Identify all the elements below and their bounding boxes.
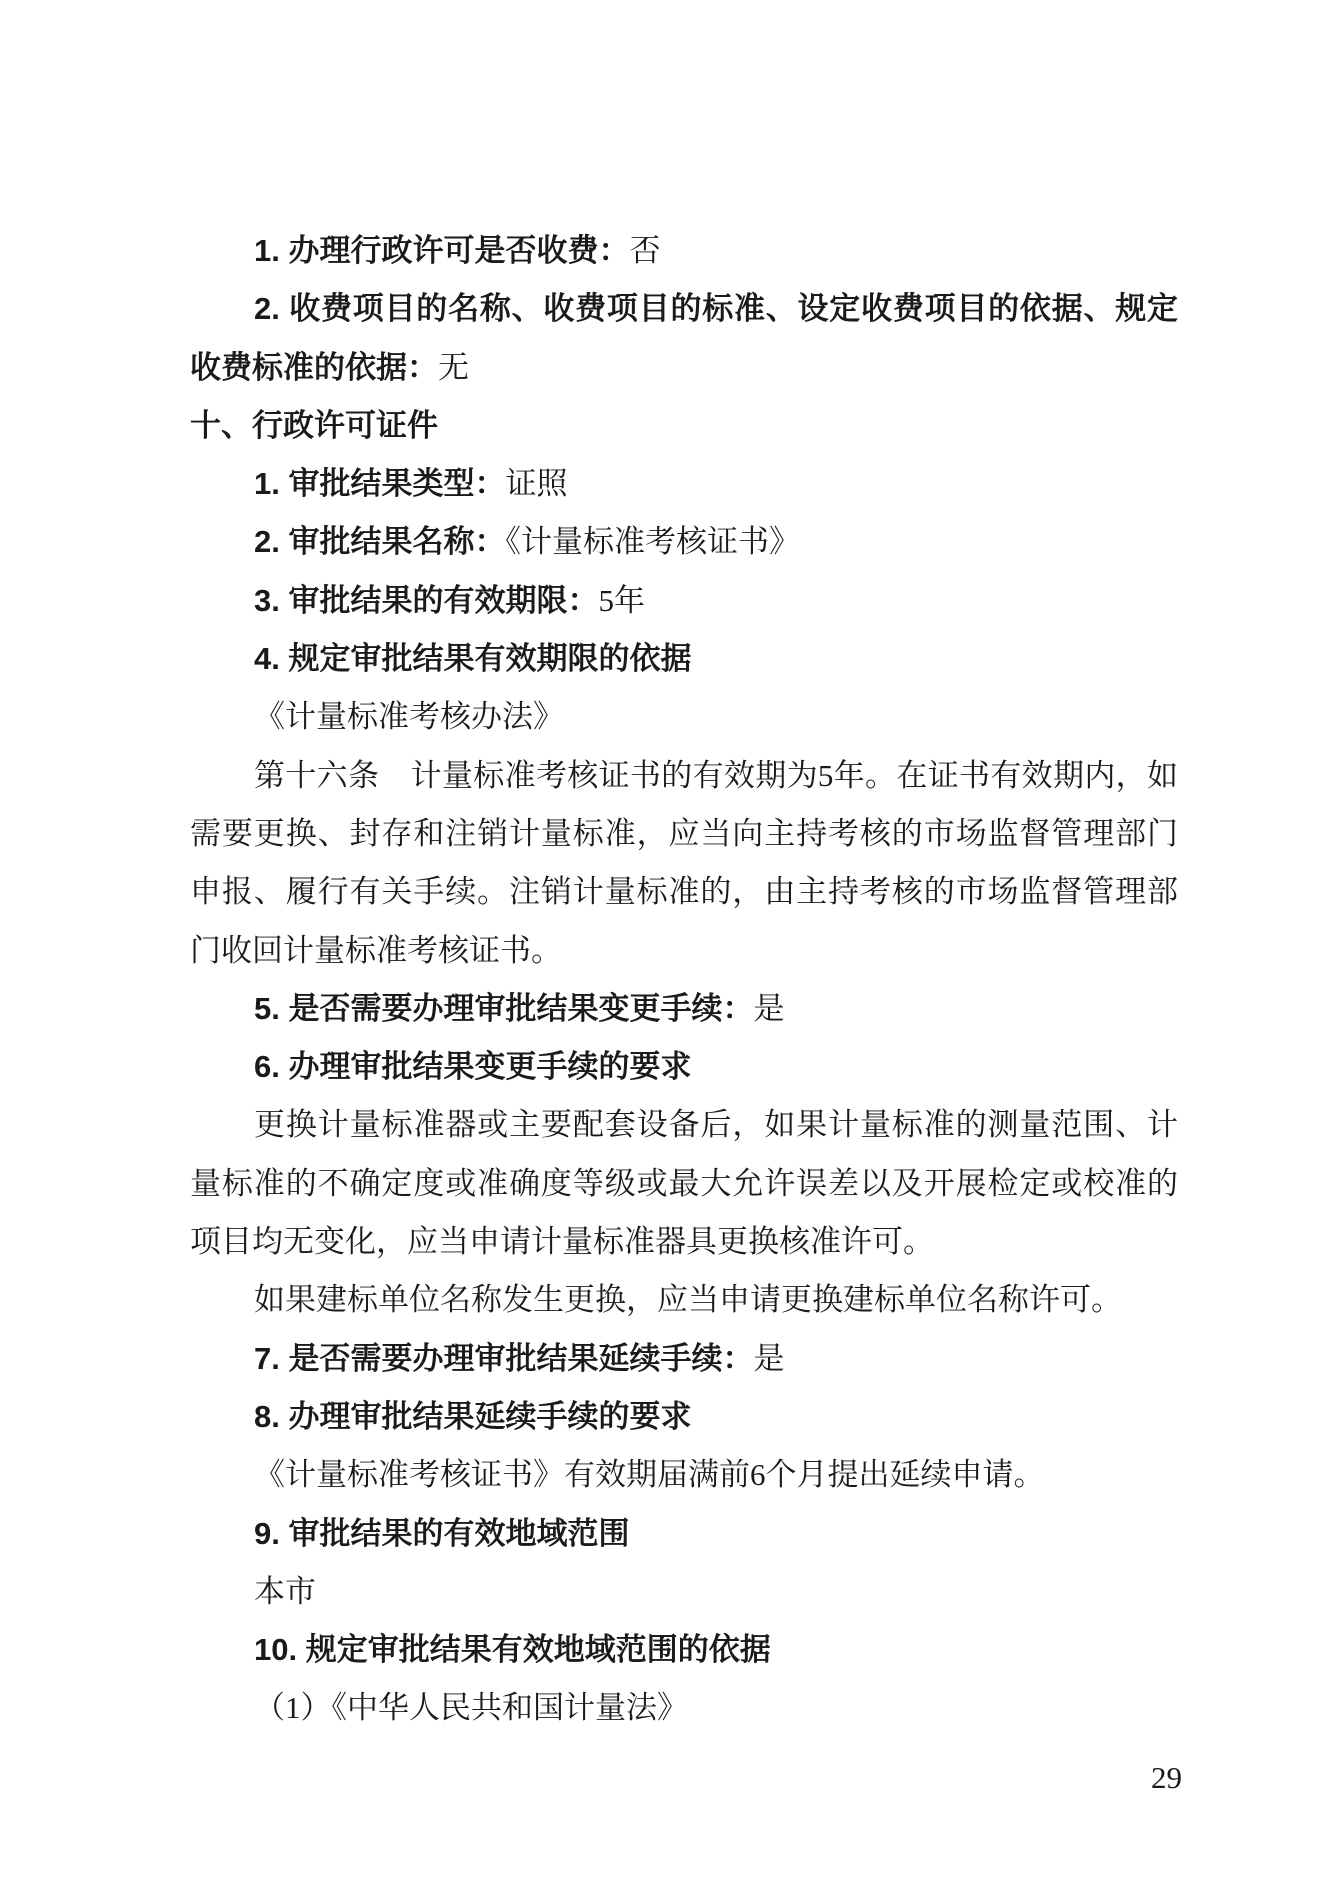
value-text: 第十六条 计量标准考核证书的有效期为5年。在证书有效期内，如需要更换、封存和注销… xyxy=(190,758,1178,968)
label-text: 2. 审批结果名称： xyxy=(254,524,505,559)
label-text: 3. 审批结果的有效期限： xyxy=(254,583,598,618)
label-text: 8. 办理审批结果延续手续的要求 xyxy=(254,1399,691,1434)
value-text: （1）《中华人民共和国计量法》 xyxy=(254,1690,688,1725)
paragraph: 第十六条 计量标准考核证书的有效期为5年。在证书有效期内，如需要更换、封存和注销… xyxy=(190,747,1178,980)
document-page: 1. 办理行政许可是否收费：否2. 收费项目的名称、收费项目的标准、设定收费项目… xyxy=(0,0,1339,1890)
paragraph: 6. 办理审批结果变更手续的要求 xyxy=(190,1038,1178,1096)
label-text: 2. 收费项目的名称、收费项目的标准、设定收费项目的依据、规定收费标准的依据： xyxy=(190,291,1178,384)
paragraph: 8. 办理审批结果延续手续的要求 xyxy=(190,1388,1178,1446)
value-text: 是 xyxy=(753,1341,784,1376)
paragraph: 3. 审批结果的有效期限：5年 xyxy=(190,572,1178,630)
value-text: 无 xyxy=(438,350,469,385)
paragraph: 2. 审批结果名称：《计量标准考核证书》 xyxy=(190,513,1178,571)
value-text: 本市 xyxy=(254,1574,316,1609)
paragraph: 本市 xyxy=(190,1563,1178,1621)
paragraph: 更换计量标准器或主要配套设备后，如果计量标准的测量范围、计量标准的不确定度或准确… xyxy=(190,1096,1178,1271)
value-text: 《计量标准考核办法》 xyxy=(254,699,564,734)
paragraph: 7. 是否需要办理审批结果延续手续：是 xyxy=(190,1330,1178,1388)
label-text: 5. 是否需要办理审批结果变更手续： xyxy=(254,991,753,1026)
paragraph: 如果建标单位名称发生更换，应当申请更换建标单位名称许可。 xyxy=(190,1271,1178,1329)
paragraph: 《计量标准考核证书》有效期届满前6个月提出延续申请。 xyxy=(190,1446,1178,1504)
label-text: 4. 规定审批结果有效期限的依据 xyxy=(254,641,691,676)
document-body: 1. 办理行政许可是否收费：否2. 收费项目的名称、收费项目的标准、设定收费项目… xyxy=(190,222,1178,1738)
value-text: 否 xyxy=(629,233,660,268)
paragraph: 4. 规定审批结果有效期限的依据 xyxy=(190,630,1178,688)
paragraph: 1. 审批结果类型：证照 xyxy=(190,455,1178,513)
value-text: 是 xyxy=(753,991,784,1026)
value-text: 《计量标准考核证书》 xyxy=(505,524,800,559)
value-text: 如果建标单位名称发生更换，应当申请更换建标单位名称许可。 xyxy=(254,1282,1122,1317)
label-text: 9. 审批结果的有效地域范围 xyxy=(254,1516,629,1551)
paragraph: 1. 办理行政许可是否收费：否 xyxy=(190,222,1178,280)
paragraph: 5. 是否需要办理审批结果变更手续：是 xyxy=(190,980,1178,1038)
value-text: 证照 xyxy=(505,466,567,501)
value-text: 更换计量标准器或主要配套设备后，如果计量标准的测量范围、计量标准的不确定度或准确… xyxy=(190,1107,1178,1259)
paragraph: 10. 规定审批结果有效地域范围的依据 xyxy=(190,1621,1178,1679)
paragraph: （1）《中华人民共和国计量法》 xyxy=(190,1679,1178,1737)
label-text: 7. 是否需要办理审批结果延续手续： xyxy=(254,1341,753,1376)
paragraph: 《计量标准考核办法》 xyxy=(190,688,1178,746)
label-text: 1. 审批结果类型： xyxy=(254,466,505,501)
label-text: 1. 办理行政许可是否收费： xyxy=(254,233,629,268)
label-text: 十、行政许可证件 xyxy=(190,408,438,443)
paragraph: 2. 收费项目的名称、收费项目的标准、设定收费项目的依据、规定收费标准的依据：无 xyxy=(190,280,1178,397)
page-number: 29 xyxy=(1151,1757,1182,1799)
label-text: 10. 规定审批结果有效地域范围的依据 xyxy=(254,1632,771,1667)
paragraph: 9. 审批结果的有效地域范围 xyxy=(190,1505,1178,1563)
value-text: 《计量标准考核证书》有效期届满前6个月提出延续申请。 xyxy=(254,1457,1045,1492)
paragraph: 十、行政许可证件 xyxy=(190,397,1178,455)
label-text: 6. 办理审批结果变更手续的要求 xyxy=(254,1049,691,1084)
value-text: 5年 xyxy=(598,583,645,618)
